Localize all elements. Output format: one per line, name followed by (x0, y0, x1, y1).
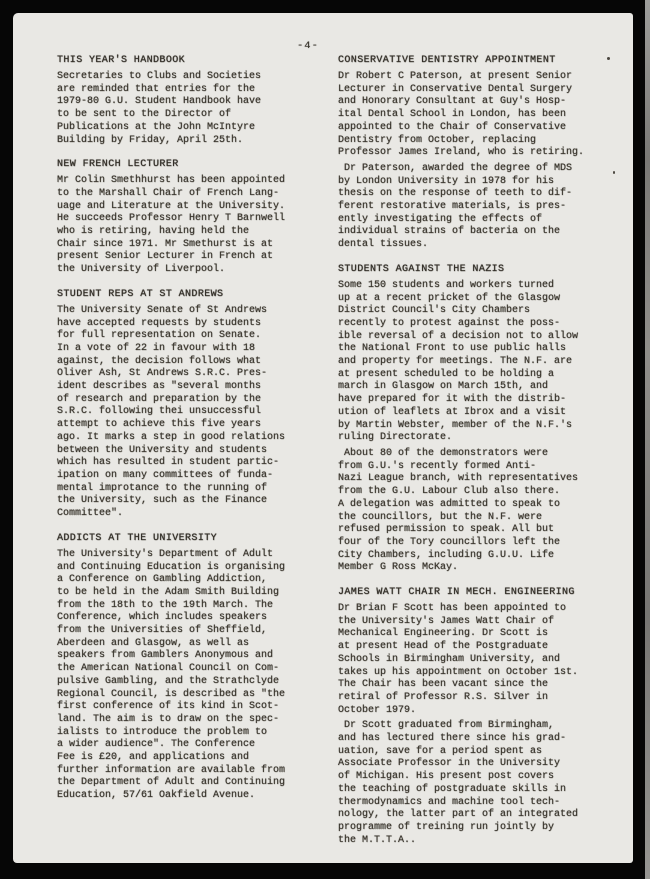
article-paragraph: Dr Brian F Scott has been appointed to t… (338, 603, 602, 717)
article-addicts-at-university: ADDICTS AT THE UNIVERSITY The University… (57, 532, 309, 803)
article-conservative-dentistry: CONSERVATIVE DENTISTRY APPOINTMENT Dr Ro… (338, 54, 602, 252)
article-heading: ADDICTS AT THE UNIVERSITY (57, 532, 309, 545)
article-heading: STUDENT REPS AT ST ANDREWS (57, 288, 309, 301)
article-students-against-nazis: STUDENTS AGAINST THE NAZIS Some 150 stud… (338, 263, 602, 575)
article-paragraph: Dr Robert C Paterson, at present Senior … (338, 71, 602, 160)
article-this-years-handbook: THIS YEAR'S HANDBOOK Secretaries to Club… (57, 54, 309, 147)
article-paragraph: About 80 of the demonstrators were from … (338, 448, 602, 575)
article-heading: NEW FRENCH LECTURER (57, 158, 309, 171)
article-paragraph: Mr Colin Smethhurst has been appointed t… (57, 175, 309, 277)
article-paragraph: The University Senate of St Andrews have… (57, 305, 309, 521)
article-paragraph: Some 150 students and workers turned up … (338, 280, 602, 445)
article-paragraph: Dr Scott graduated from Birmingham, and … (338, 720, 602, 847)
article-new-french-lecturer: NEW FRENCH LECTURER Mr Colin Smethhurst … (57, 158, 309, 277)
article-paragraph: Secretaries to Clubs and Societies are r… (57, 71, 309, 147)
article-paragraph: The University's Department of Adult and… (57, 549, 309, 803)
article-heading: CONSERVATIVE DENTISTRY APPOINTMENT (338, 54, 602, 67)
article-paragraph: Dr Paterson, awarded the degree of MDS b… (338, 163, 602, 252)
article-student-reps-st-andrews: STUDENT REPS AT ST ANDREWS The Universit… (57, 288, 309, 521)
right-column: CONSERVATIVE DENTISTRY APPOINTMENT Dr Ro… (338, 54, 602, 858)
article-james-watt-chair: JAMES WATT CHAIR IN MECH. ENGINEERING Dr… (338, 586, 602, 847)
scanner-edge-strip (645, 0, 650, 879)
newsletter-page: -4- THIS YEAR'S HANDBOOK Secretaries to … (13, 13, 633, 863)
article-heading: THIS YEAR'S HANDBOOK (57, 54, 309, 67)
article-heading: JAMES WATT CHAIR IN MECH. ENGINEERING (338, 586, 602, 599)
left-column: THIS YEAR'S HANDBOOK Secretaries to Club… (57, 54, 309, 858)
two-column-layout: THIS YEAR'S HANDBOOK Secretaries to Club… (13, 13, 633, 858)
article-heading: STUDENTS AGAINST THE NAZIS (338, 263, 602, 276)
